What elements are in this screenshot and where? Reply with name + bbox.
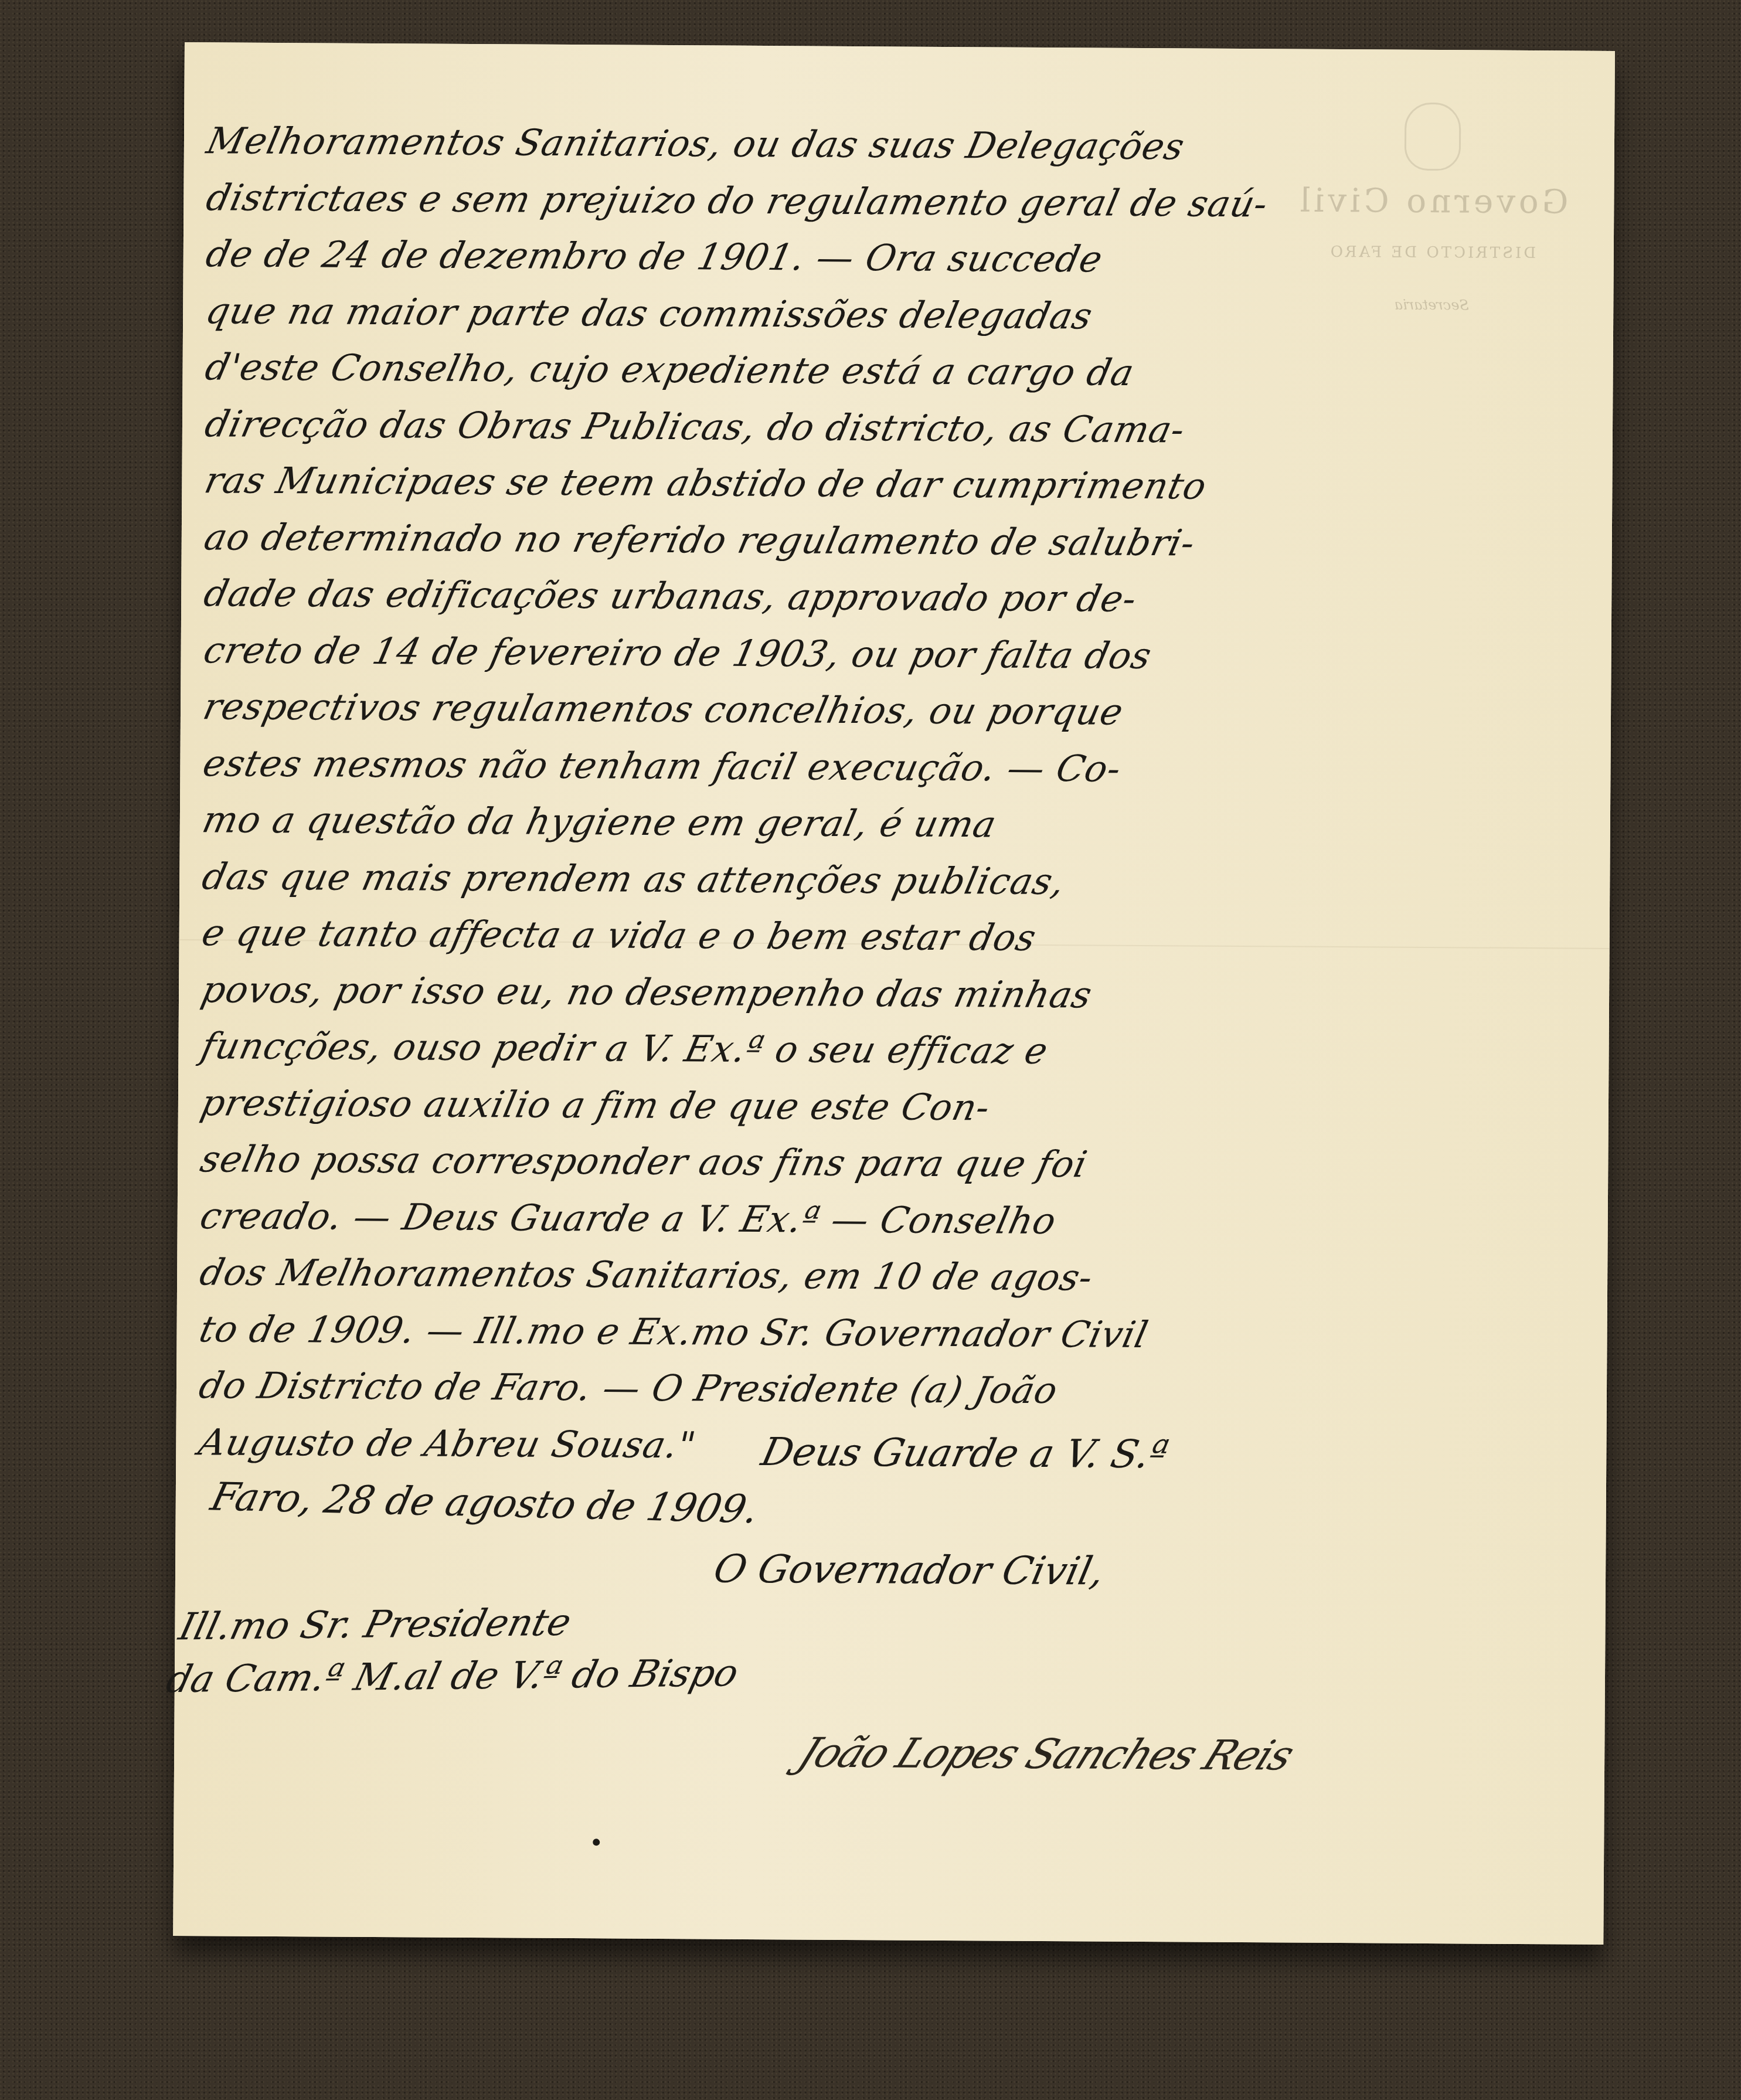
- letterhead-subtitle: DISTRICTO DE FARO: [1291, 243, 1573, 263]
- date-line: Faro, 28 de agosto de 1909.: [207, 1474, 763, 1532]
- addressee-line: Ill.mo Sr. Presidente: [174, 1595, 756, 1654]
- body-line: creto de 14 de fevereiro de 1903, ou por…: [198, 622, 1312, 685]
- addressee-line: da Cam.ª M.al de V.ª do Bispo: [161, 1647, 744, 1706]
- body-line: direcção das Obras Publicas, do district…: [199, 396, 1314, 459]
- body-line: e que tanto affecta a vida e o bem estar…: [196, 905, 1311, 968]
- body-line: dade das edificações urbanas, approvado …: [199, 565, 1313, 628]
- addressee-block: Ill.mo Sr. Presidente da Cam.ª M.al de V…: [161, 1595, 756, 1707]
- body-line: prestigioso auxilio a fim de que este Co…: [195, 1075, 1310, 1138]
- body-line: d'este Conselho, cujo expediente está a …: [200, 339, 1314, 402]
- body-line: estes mesmos não tenham facil execução. …: [198, 735, 1312, 798]
- body-line: do Districto de Faro. — O Presidente (a)…: [193, 1357, 1308, 1421]
- crest-icon: [1405, 103, 1461, 171]
- body-line: povos, por isso eu, no desempenho das mi…: [196, 961, 1311, 1025]
- body-line: to de 1909. — Ill.mo e Ex.mo Sr. Governa…: [194, 1301, 1308, 1364]
- body-line: das que mais prendem as attenções public…: [197, 848, 1311, 912]
- ink-dot: [593, 1839, 600, 1846]
- signer-title: O Governador Civil,: [710, 1547, 1109, 1594]
- body-line: ras Municipaes se teem abstido de dar cu…: [199, 452, 1314, 515]
- body-line: que na maior parte das commissões delega…: [200, 283, 1315, 346]
- body-line: selho possa corresponder aos fins para q…: [195, 1131, 1310, 1194]
- letter-body: Melhoramentos Sanitarios, ou das suas De…: [199, 113, 1310, 1477]
- body-line: funcções, ouso pedir a V. Ex.ª o seu eff…: [196, 1018, 1310, 1081]
- letterhead-title: Governo Civil: [1291, 182, 1573, 222]
- letter-page: Governo Civil DISTRICTO DE FARO Secretar…: [173, 42, 1615, 1945]
- letterhead-section: Secretaria: [1291, 296, 1572, 314]
- body-line: Melhoramentos Sanitarios, ou das suas De…: [201, 113, 1315, 176]
- body-line: respectivos regulamentos concelhios, ou …: [198, 678, 1312, 742]
- letterhead-show-through: Governo Civil DISTRICTO DE FARO Secretar…: [1291, 102, 1573, 314]
- body-line: ao determinado no referido regulamento d…: [199, 509, 1313, 572]
- closing-salutation: Deus Guarde a V. S.ª: [757, 1429, 1172, 1477]
- body-line: mo a questão da hygiene em geral, é uma: [197, 791, 1311, 855]
- body-line: dos Melhoramentos Sanitarios, em 10 de a…: [195, 1244, 1309, 1307]
- signature: João Lopes Sanches Reis: [791, 1729, 1300, 1780]
- body-line: districtaes e sem prejuizo do regulament…: [201, 169, 1315, 233]
- body-line: creado. — Deus Guarde a V. Ex.ª — Consel…: [195, 1188, 1309, 1251]
- body-line: de de 24 de dezembro de 1901. — Ora succ…: [200, 226, 1315, 289]
